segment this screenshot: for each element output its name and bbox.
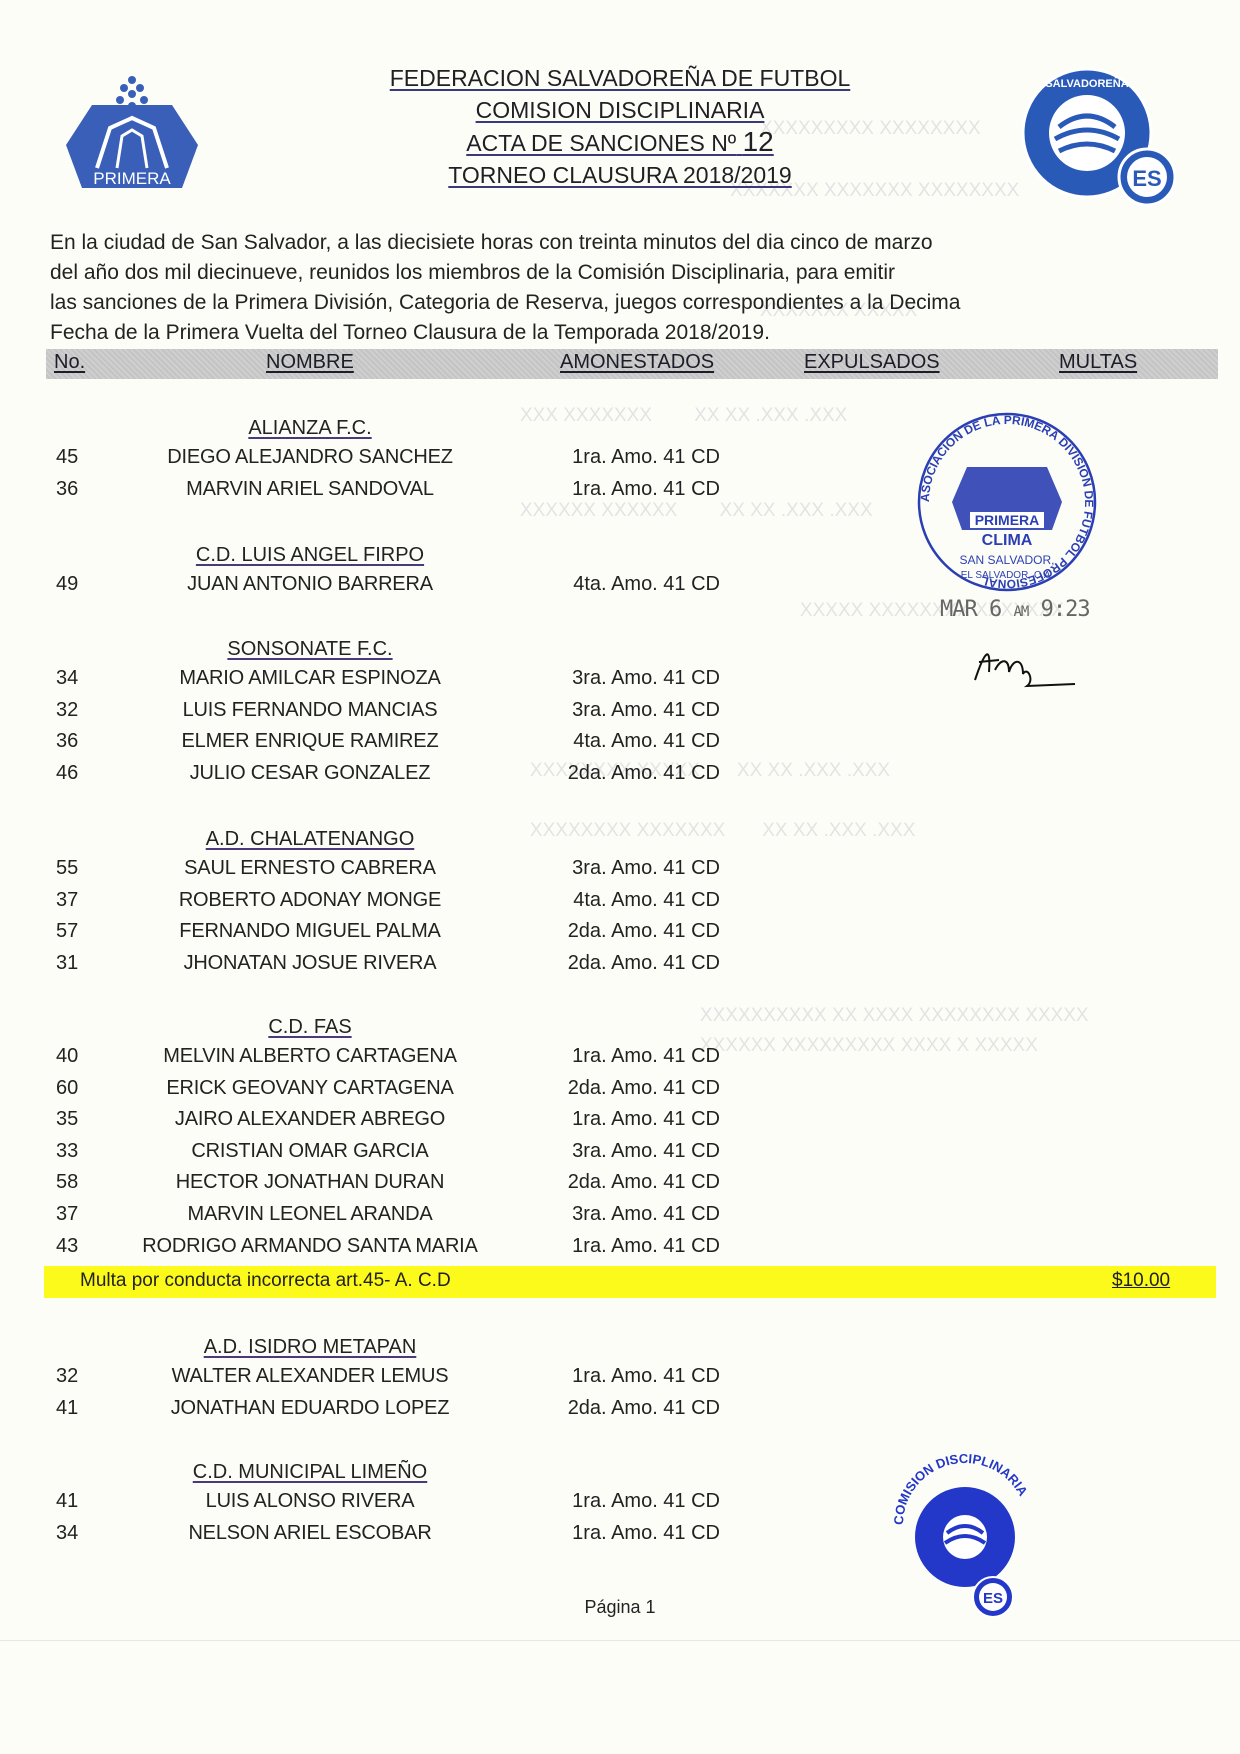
amonestado-value: 1ra. Amo. 41 CD [520, 1522, 720, 1545]
player-number: 43 [56, 1235, 78, 1258]
player-row: 32WALTER ALEXANDER LEMUS1ra. Amo. 41 CD [0, 1365, 1240, 1395]
player-number: 58 [56, 1171, 78, 1194]
player-row: 41LUIS ALONSO RIVERA1ra. Amo. 41 CD [0, 1490, 1240, 1520]
amonestado-value: 4ta. Amo. 41 CD [520, 889, 720, 912]
amonestado-value: 4ta. Amo. 41 CD [520, 730, 720, 753]
svg-text:CLIMA: CLIMA [982, 532, 1033, 549]
amonestado-value: 2da. Amo. 41 CD [520, 1397, 720, 1420]
acta-number: 12 [743, 126, 774, 157]
team-heading: C.D. LUIS ANGEL FIRPO [0, 544, 620, 567]
player-number: 37 [56, 889, 78, 912]
player-row: 36ELMER ENRIQUE RAMIREZ4ta. Amo. 41 CD [0, 730, 1240, 760]
amonestado-value: 1ra. Amo. 41 CD [520, 446, 720, 469]
team-heading: A.D. CHALATENANGO [0, 828, 620, 851]
page-number: Página 1 [0, 1597, 1240, 1618]
col-amonestados: AMONESTADOS [560, 351, 714, 374]
player-name: JUAN ANTONIO BARRERA [120, 573, 500, 596]
team-heading: ALIANZA F.C. [0, 417, 620, 440]
team-heading: A.D. ISIDRO METAPAN [0, 1336, 620, 1359]
player-name: DIEGO ALEJANDRO SANCHEZ [120, 446, 500, 469]
team-heading: C.D. FAS [0, 1016, 620, 1039]
player-number: 32 [56, 1365, 78, 1388]
player-number: 49 [56, 573, 78, 596]
received-timestamp: MAR 6 AM 9:23 [940, 597, 1090, 622]
player-row: 37MARVIN LEONEL ARANDA3ra. Amo. 41 CD [0, 1203, 1240, 1233]
player-number: 36 [56, 478, 78, 501]
amonestado-value: 3ra. Amo. 41 CD [520, 667, 720, 690]
col-expulsados: EXPULSADOS [804, 351, 940, 374]
amonestado-value: 3ra. Amo. 41 CD [520, 857, 720, 880]
amonestado-value: 1ra. Amo. 41 CD [520, 1235, 720, 1258]
player-row: 57FERNANDO MIGUEL PALMA2da. Amo. 41 CD [0, 920, 1240, 950]
document-page: XXXXXXXX XXXXXXXXX XXXXXXXX XXXXXXX XXXX… [0, 0, 1240, 1754]
amonestado-value: 3ra. Amo. 41 CD [520, 1140, 720, 1163]
fesfut-logo: SALVADOREÑA ES [1015, 65, 1185, 210]
player-number: 40 [56, 1045, 78, 1068]
player-name: CRISTIAN OMAR GARCIA [120, 1140, 500, 1163]
player-row: 31JHONATAN JOSUE RIVERA2da. Amo. 41 CD [0, 952, 1240, 982]
player-number: 46 [56, 762, 78, 785]
player-name: ERICK GEOVANY CARTAGENA [120, 1077, 500, 1100]
player-number: 35 [56, 1108, 78, 1131]
amonestado-value: 3ra. Amo. 41 CD [520, 1203, 720, 1226]
player-name: RODRIGO ARMANDO SANTA MARIA [120, 1235, 500, 1258]
col-no: No. [54, 351, 85, 374]
player-name: JHONATAN JOSUE RIVERA [120, 952, 500, 975]
svg-text:PRIMERA: PRIMERA [93, 169, 171, 188]
player-number: 36 [56, 730, 78, 753]
player-name: HECTOR JONATHAN DURAN [120, 1171, 500, 1194]
footer-divider [0, 1640, 1240, 1641]
amonestado-value: 2da. Amo. 41 CD [520, 1077, 720, 1100]
player-name: NELSON ARIEL ESCOBAR [120, 1522, 500, 1545]
amonestado-value: 1ra. Amo. 41 CD [520, 1365, 720, 1388]
team-heading: C.D. MUNICIPAL LIMEÑO [0, 1461, 620, 1484]
fine-amount: $10.00 [1112, 1270, 1170, 1292]
player-name: ROBERTO ADONAY MONGE [120, 889, 500, 912]
player-row: 34NELSON ARIEL ESCOBAR1ra. Amo. 41 CD [0, 1522, 1240, 1552]
amonestado-value: 2da. Amo. 41 CD [520, 920, 720, 943]
amonestado-value: 3ra. Amo. 41 CD [520, 699, 720, 722]
player-name: MARVIN ARIEL SANDOVAL [120, 478, 500, 501]
amonestado-value: 1ra. Amo. 41 CD [520, 478, 720, 501]
col-multas: MULTAS [1059, 351, 1137, 374]
player-name: MELVIN ALBERTO CARTAGENA [120, 1045, 500, 1068]
player-name: SAUL ERNESTO CABRERA [120, 857, 500, 880]
intro-paragraph: En la ciudad de San Salvador, a las diec… [50, 228, 1080, 348]
amonestado-value: 1ra. Amo. 41 CD [520, 1045, 720, 1068]
amonestado-value: 1ra. Amo. 41 CD [520, 1108, 720, 1131]
title-federacion: FEDERACION SALVADOREÑA DE FUTBOL [390, 65, 851, 91]
player-number: 55 [56, 857, 78, 880]
amonestado-value: 4ta. Amo. 41 CD [520, 573, 720, 596]
player-number: 33 [56, 1140, 78, 1163]
player-name: MARIO AMILCAR ESPINOZA [120, 667, 500, 690]
svg-text:SAN SALVADOR,: SAN SALVADOR, [960, 553, 1055, 567]
title-torneo: TORNEO CLAUSURA 2018/2019 [448, 162, 791, 188]
player-name: WALTER ALEXANDER LEMUS [120, 1365, 500, 1388]
player-row: 41JONATHAN EDUARDO LOPEZ2da. Amo. 41 CD [0, 1397, 1240, 1427]
player-row: 35JAIRO ALEXANDER ABREGO1ra. Amo. 41 CD [0, 1108, 1240, 1138]
svg-text:PRIMERA: PRIMERA [975, 512, 1040, 528]
title-comision: COMISION DISCIPLINARIA [476, 97, 765, 123]
fine-row: Multa por conducta incorrecta art.45- A.… [44, 1266, 1216, 1298]
title-acta: ACTA DE SANCIONES Nº [466, 130, 736, 156]
player-number: 32 [56, 699, 78, 722]
primera-logo: PRIMERA [62, 70, 202, 190]
player-row: 40MELVIN ALBERTO CARTAGENA1ra. Amo. 41 C… [0, 1045, 1240, 1075]
fine-description: Multa por conducta incorrecta art.45- A.… [80, 1270, 451, 1292]
comision-disciplinaria-stamp: COMISION DISCIPLINARIA ES [893, 1445, 1033, 1620]
amonestado-value: 2da. Amo. 41 CD [520, 952, 720, 975]
player-name: ELMER ENRIQUE RAMIREZ [120, 730, 500, 753]
player-number: 37 [56, 1203, 78, 1226]
amonestado-value: 1ra. Amo. 41 CD [520, 1490, 720, 1513]
player-row: 46JULIO CESAR GONZALEZ2da. Amo. 41 CD [0, 762, 1240, 792]
player-row: 60ERICK GEOVANY CARTAGENA2da. Amo. 41 CD [0, 1077, 1240, 1107]
player-name: JAIRO ALEXANDER ABREGO [120, 1108, 500, 1131]
col-nombre: NOMBRE [266, 351, 354, 374]
team-heading: SONSONATE F.C. [0, 638, 620, 661]
player-number: 57 [56, 920, 78, 943]
player-name: JONATHAN EDUARDO LOPEZ [120, 1397, 500, 1420]
player-number: 41 [56, 1490, 78, 1513]
amonestado-value: 2da. Amo. 41 CD [520, 762, 720, 785]
player-number: 34 [56, 667, 78, 690]
player-row: 58HECTOR JONATHAN DURAN2da. Amo. 41 CD [0, 1171, 1240, 1201]
primera-division-stamp: ASOCIACION DE LA PRIMERA DIVISION DE FUT… [912, 412, 1102, 592]
player-name: LUIS ALONSO RIVERA [120, 1490, 500, 1513]
svg-text:EL SALVADOR, C.A.: EL SALVADOR, C.A. [961, 570, 1054, 581]
player-number: 45 [56, 446, 78, 469]
signature [965, 640, 1085, 690]
player-name: MARVIN LEONEL ARANDA [120, 1203, 500, 1226]
amonestado-value: 2da. Amo. 41 CD [520, 1171, 720, 1194]
player-number: 31 [56, 952, 78, 975]
player-name: FERNANDO MIGUEL PALMA [120, 920, 500, 943]
document-title: FEDERACION SALVADOREÑA DE FUTBOL COMISIO… [300, 62, 940, 191]
player-row: 33CRISTIAN OMAR GARCIA3ra. Amo. 41 CD [0, 1140, 1240, 1170]
player-name: JULIO CESAR GONZALEZ [120, 762, 500, 785]
svg-text:SALVADOREÑA: SALVADOREÑA [1045, 77, 1128, 90]
table-header: No. NOMBRE AMONESTADOS EXPULSADOS MULTAS [46, 349, 1218, 379]
player-row: 55SAUL ERNESTO CABRERA3ra. Amo. 41 CD [0, 857, 1240, 887]
player-number: 34 [56, 1522, 78, 1545]
player-row: 37ROBERTO ADONAY MONGE4ta. Amo. 41 CD [0, 889, 1240, 919]
player-name: LUIS FERNANDO MANCIAS [120, 699, 500, 722]
player-row: 43RODRIGO ARMANDO SANTA MARIA1ra. Amo. 4… [0, 1235, 1240, 1265]
player-number: 60 [56, 1077, 78, 1100]
player-number: 41 [56, 1397, 78, 1420]
player-row: 32LUIS FERNANDO MANCIAS3ra. Amo. 41 CD [0, 699, 1240, 729]
svg-text:ES: ES [1132, 166, 1161, 191]
